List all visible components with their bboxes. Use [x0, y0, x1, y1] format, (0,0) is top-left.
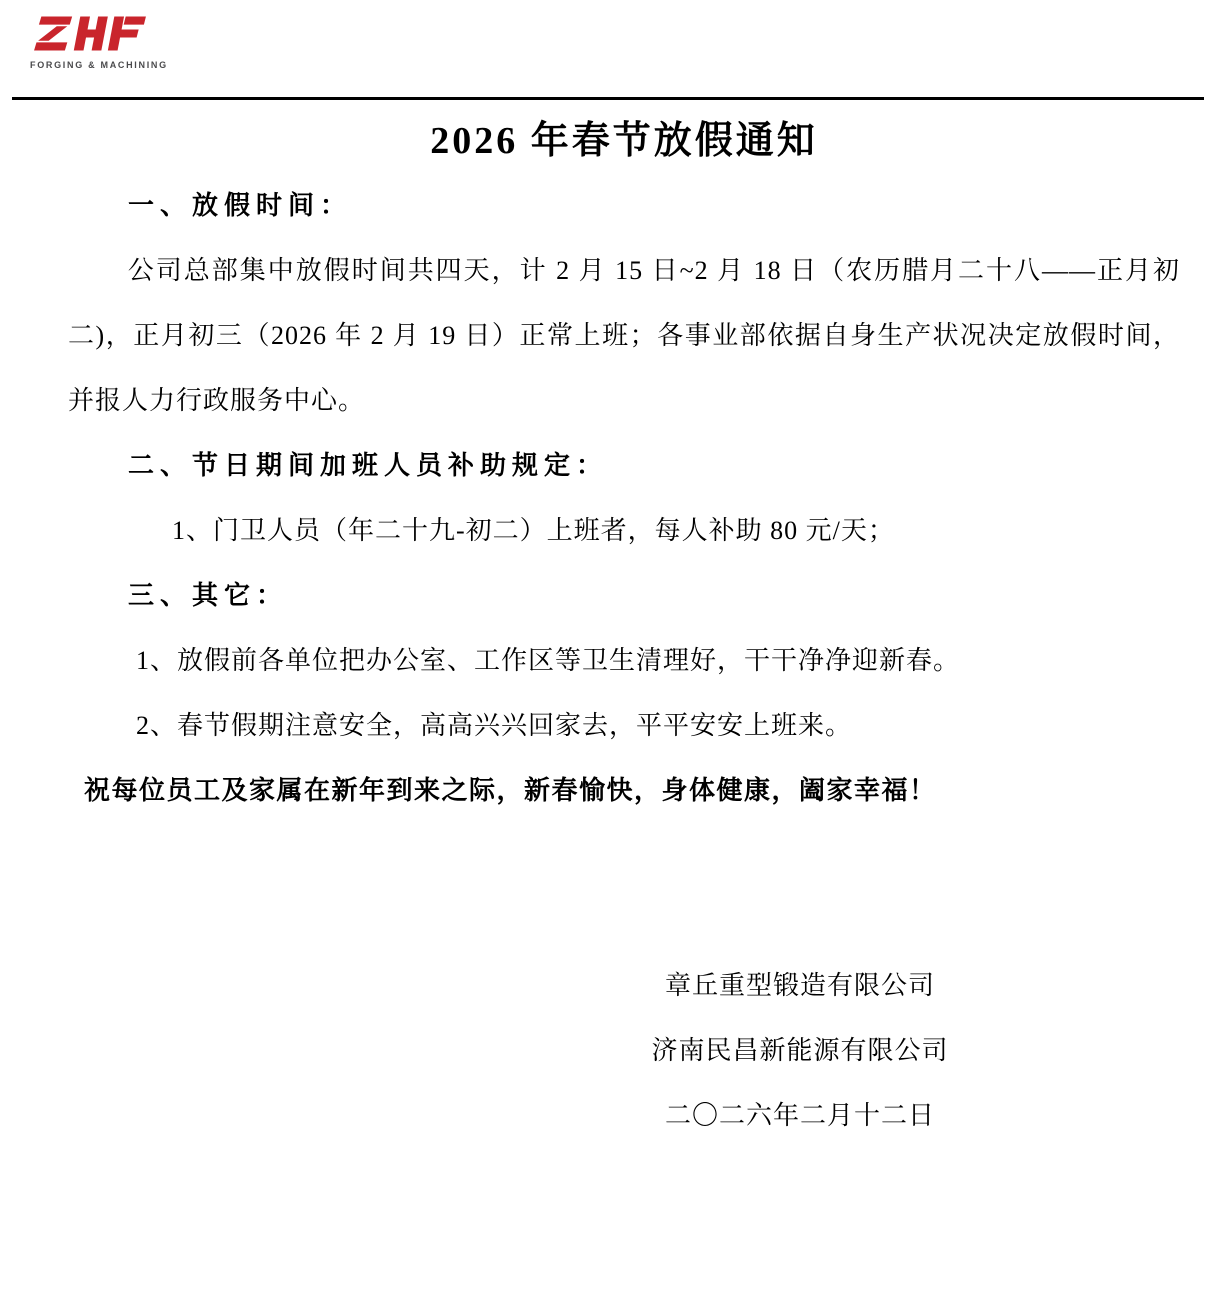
- section-1-heading: 一、放假时间：: [128, 173, 1180, 238]
- signature-company-2: 济南民昌新能源有限公司: [590, 1018, 1010, 1083]
- section-3-item-1: 1、放假前各单位把办公室、工作区等卫生清理好，干干净净迎新春。: [136, 628, 1180, 693]
- signature-block: 章丘重型锻造有限公司 济南民昌新能源有限公司 二〇二六年二月十二日: [590, 953, 1010, 1148]
- page-title: 2026 年春节放假通知: [430, 109, 818, 164]
- section-3-heading: 三、其它：: [128, 563, 1180, 628]
- section-1-paragraph: 公司总部集中放假时间共四天，计 2 月 15 日~2 月 18 日（农历腊月二十…: [68, 238, 1180, 433]
- page-header: FORGING & MACHINING: [0, 0, 1215, 97]
- blessing-line: 祝每位员工及家属在新年到来之际，新春愉快，身体健康，阖家幸福！: [84, 758, 1180, 823]
- notice-page: FORGING & MACHINING 2026 年春节放假通知 一、放假时间：…: [0, 0, 1215, 1294]
- signature-company-1: 章丘重型锻造有限公司: [590, 953, 1010, 1018]
- zhf-logo-icon: [30, 14, 1215, 58]
- signature-date: 二〇二六年二月十二日: [590, 1083, 1010, 1148]
- section-2-heading: 二、节日期间加班人员补助规定：: [128, 433, 1180, 498]
- section-2-item-1: 1、门卫人员（年二十九-初二）上班者，每人补助 80 元/天；: [172, 498, 1180, 563]
- notice-body: 2026 年春节放假通知 一、放假时间： 公司总部集中放假时间共四天，计 2 月…: [0, 100, 1215, 1148]
- title-row: 2026 年春节放假通知: [68, 100, 1180, 173]
- logo-subtext: FORGING & MACHINING: [30, 60, 1215, 70]
- section-3-item-2: 2、春节假期注意安全，高高兴兴回家去，平平安安上班来。: [136, 693, 1180, 758]
